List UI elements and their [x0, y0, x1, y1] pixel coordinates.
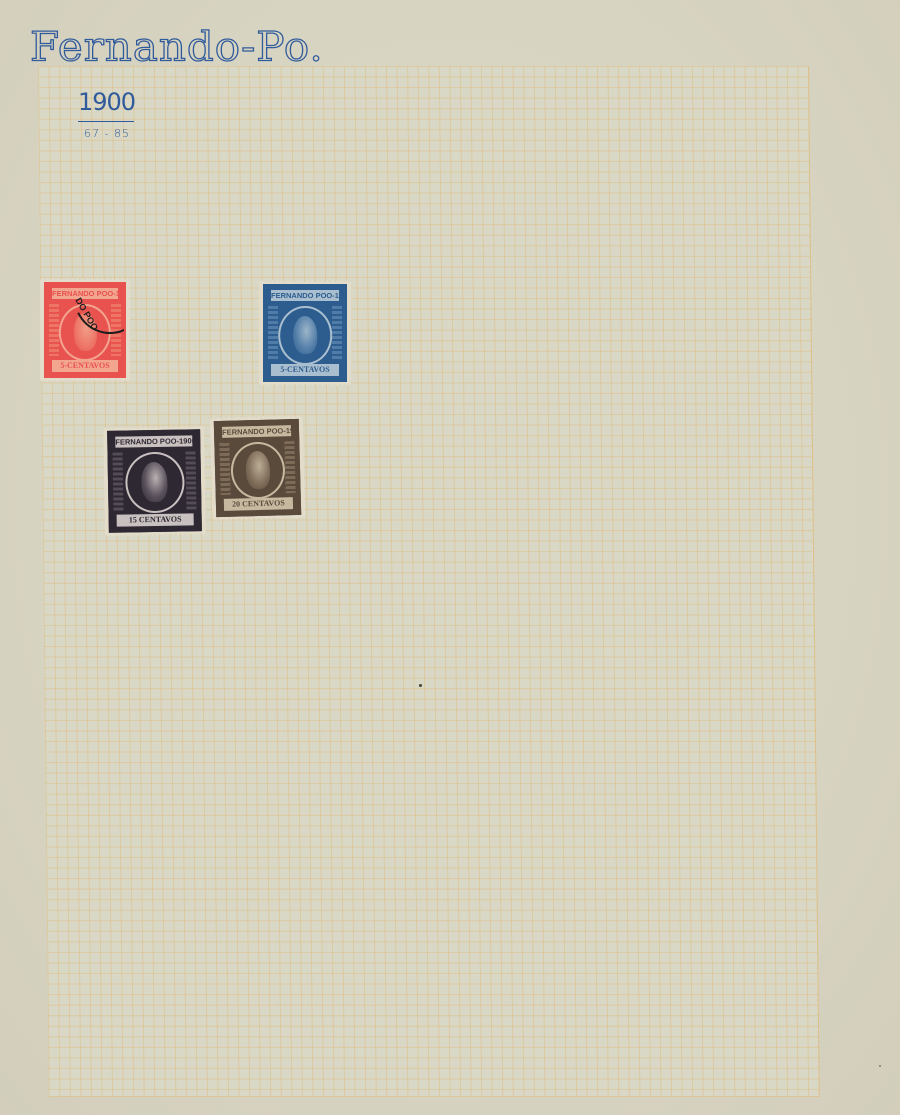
stamp-side-right [185, 451, 196, 509]
portrait-oval [230, 441, 286, 500]
stamp-5c-red: FERNANDO POO-1900 5-CENTAVOS DO POO [40, 278, 130, 382]
album-page: Fernando-Po. 1900 67 - 85 FERNANDO POO-1… [0, 0, 900, 1115]
graph-grid [38, 66, 820, 1097]
stamp-design: FERNANDO POO-1900 5-CENTAVOS DO POO [44, 282, 126, 378]
paper-speck [879, 1065, 881, 1067]
portrait-oval [278, 306, 332, 365]
portrait-icon [245, 451, 270, 489]
stamp-side-left [49, 304, 59, 356]
stamp-country: FERNANDO POO-1900 [222, 425, 291, 438]
stamp-side-right [284, 441, 295, 493]
stamp-side-right [332, 306, 342, 360]
stamp-design: FERNANDO POO-1900 15 CENTAVOS [107, 429, 202, 533]
stamp-design: FERNANDO POO-1900 20 CENTAVOS [214, 419, 301, 517]
stamp-country: FERNANDO POO-1900 [271, 290, 339, 301]
stamp-denomination: 5-CENTAVOS [52, 360, 118, 372]
stamp-denomination: 5-CENTAVOS [271, 364, 339, 376]
stamp-side-left [268, 306, 278, 360]
stamp-side-left [219, 443, 230, 495]
page-title: Fernando-Po. [30, 23, 324, 70]
stamp-design: FERNANDO POO-1900 5-CENTAVOS [263, 284, 347, 382]
paper-speck [419, 684, 422, 687]
stamp-20c-brown: FERNANDO POO-1900 20 CENTAVOS [210, 415, 306, 521]
stamp-denomination: 15 CENTAVOS [117, 513, 194, 526]
year-underline [78, 121, 134, 122]
stamp-country: FERNANDO POO-1900 [115, 435, 192, 447]
portrait-icon [141, 462, 168, 502]
stamp-5c-blue: FERNANDO POO-1900 5-CENTAVOS [259, 280, 351, 386]
stamp-15c-black: FERNANDO POO-1900 15 CENTAVOS [103, 425, 206, 537]
catalogue-range: 67 - 85 [84, 127, 130, 140]
stamp-denomination: 20 CENTAVOS [224, 497, 293, 511]
stamp-side-left [113, 453, 124, 511]
portrait-oval [124, 451, 184, 513]
issue-year: 1900 [78, 88, 135, 116]
portrait-icon [293, 316, 317, 354]
